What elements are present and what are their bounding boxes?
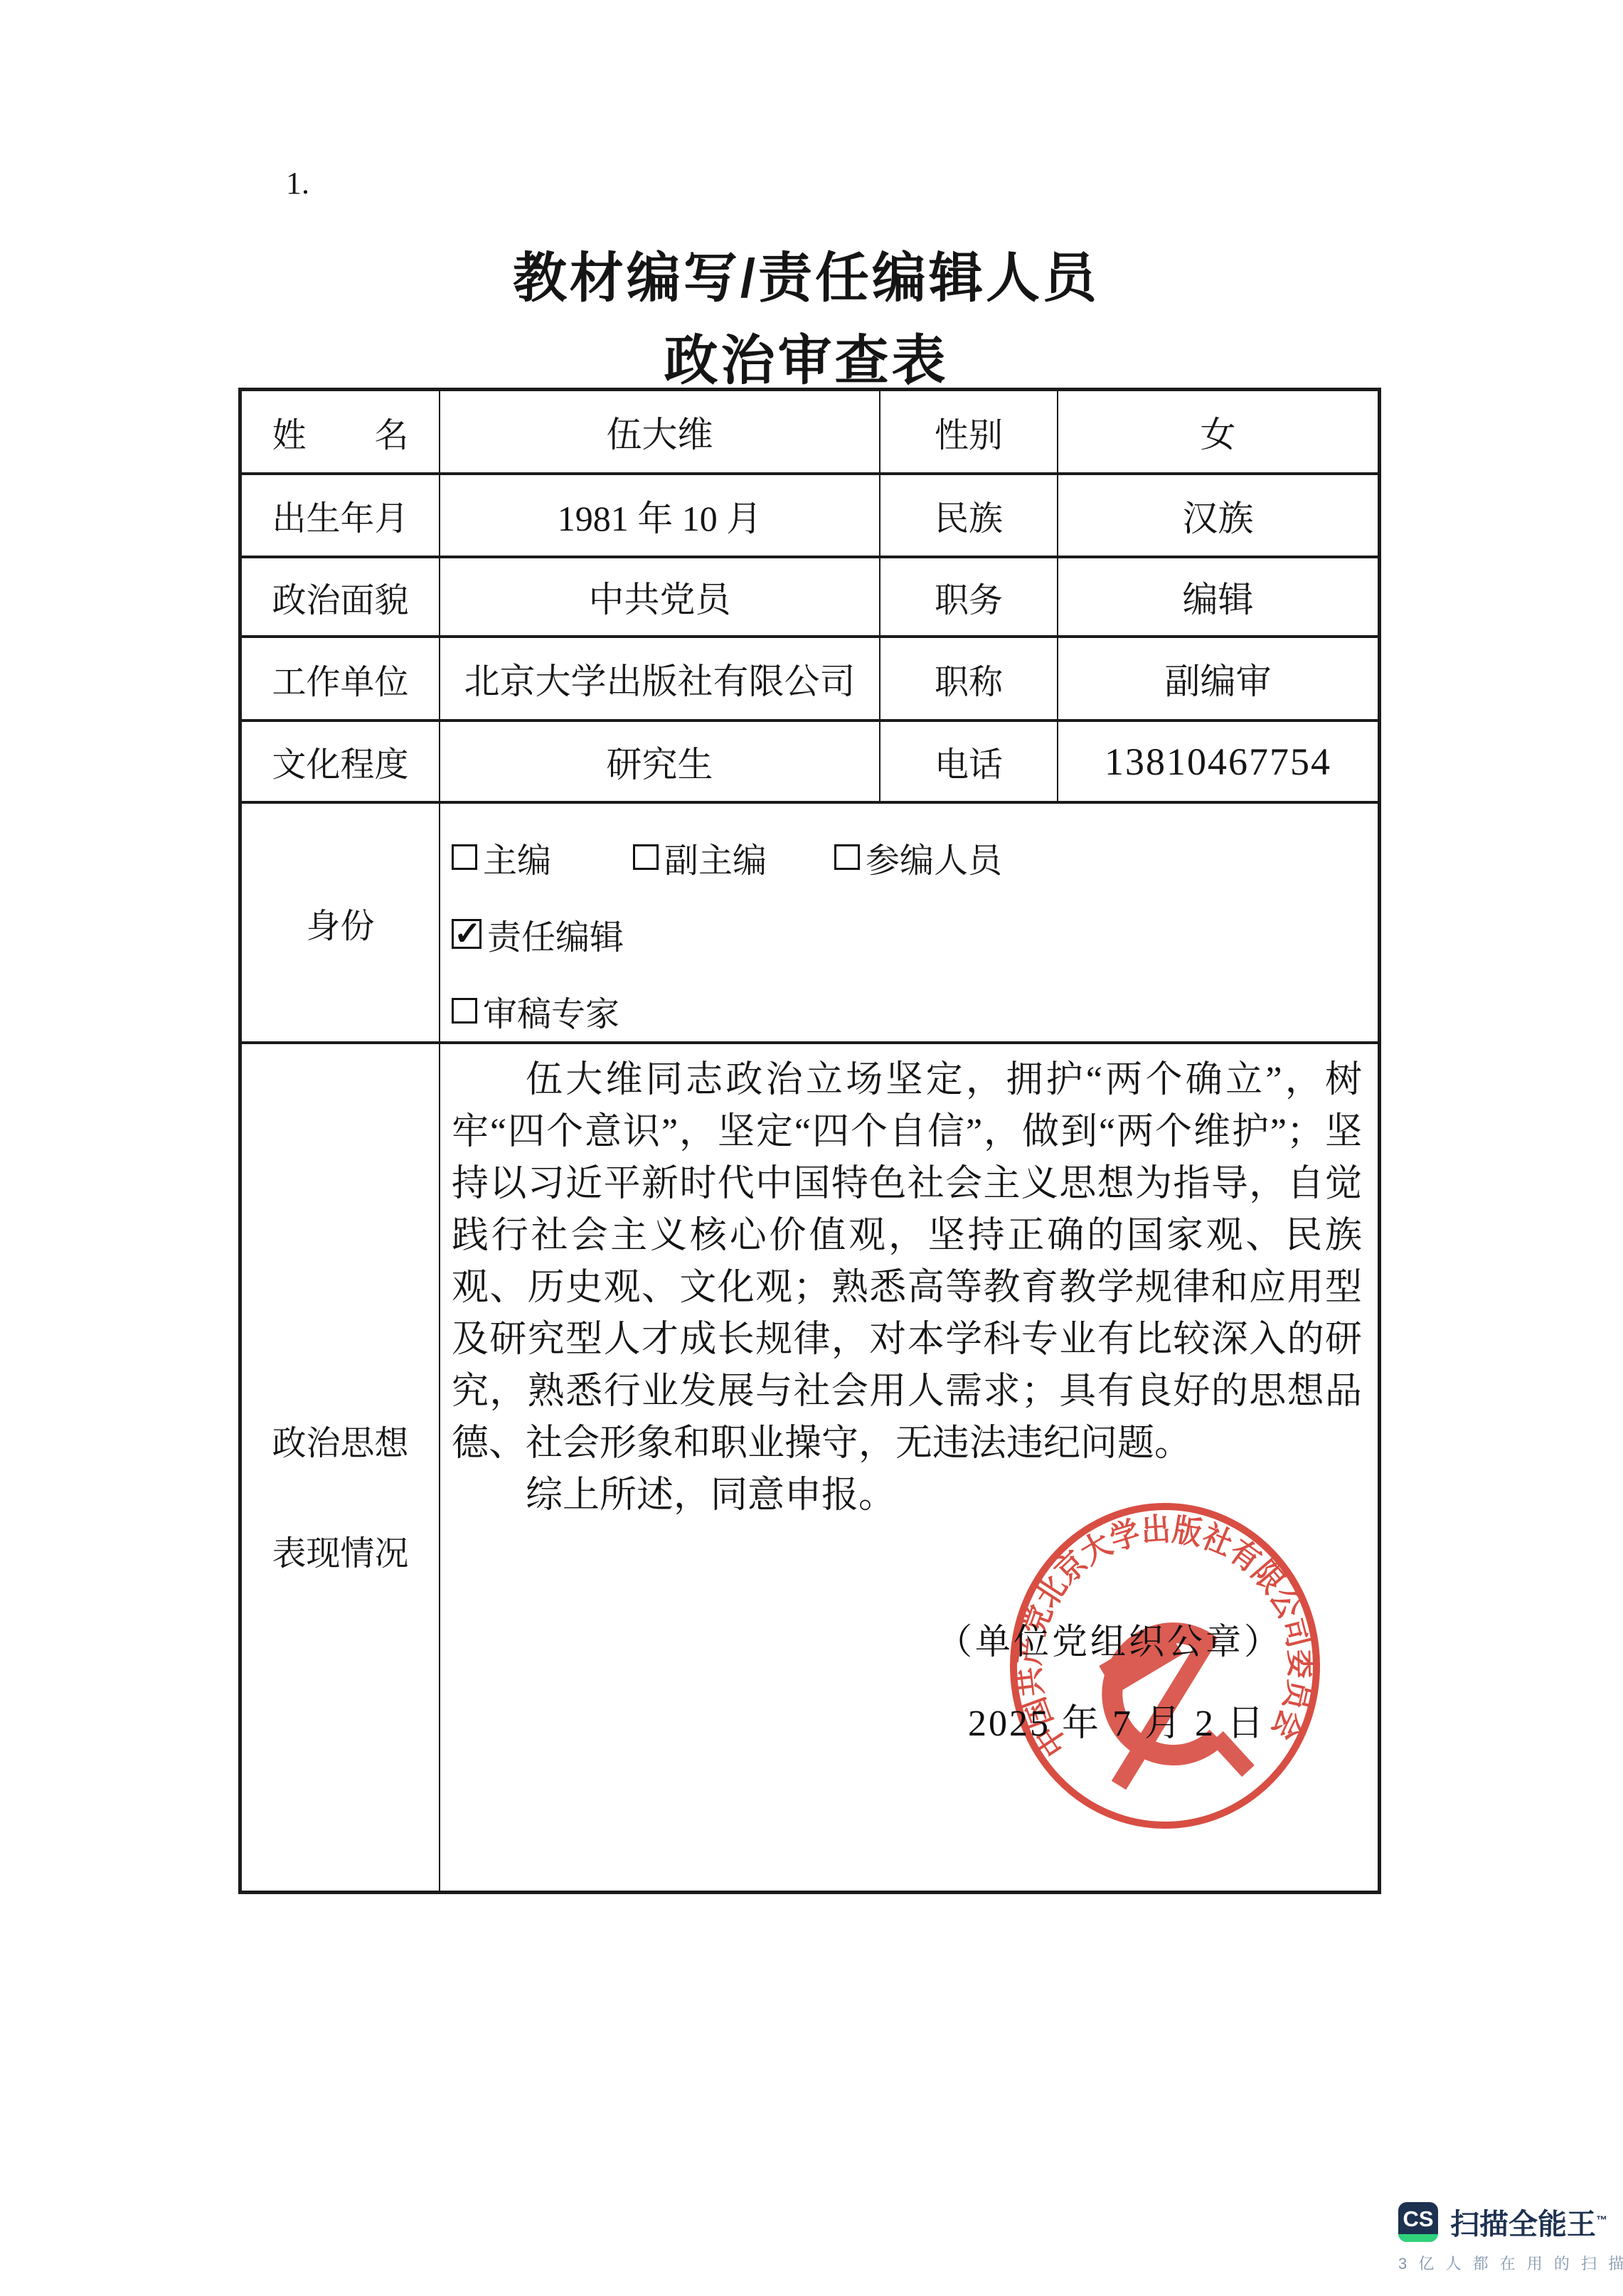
- checkbox-icon: [834, 844, 860, 870]
- field-label-gender: 性别: [880, 391, 1058, 475]
- field-value-ethnicity: 汉族: [1058, 475, 1378, 558]
- field-value-title: 副编审: [1058, 638, 1378, 722]
- option-responsible-editor: 责任编辑: [452, 910, 624, 959]
- option-review-expert: 审稿专家: [452, 987, 619, 1036]
- field-value-education: 研究生: [440, 722, 880, 804]
- identity-option-line: 责任编辑: [452, 915, 1378, 953]
- field-label-title: 职称: [880, 638, 1058, 722]
- field-label-ethnicity: 民族: [880, 475, 1058, 558]
- info-table: 姓 名 伍大维 性别 女 出生年月 1981 年 10 月 民族 汉族 政治面貌…: [238, 388, 1381, 1894]
- option-label: 审稿专家: [483, 987, 619, 1036]
- camscanner-logo-icon: CS: [1398, 2202, 1438, 2242]
- assessment-label-line2: 表现情况: [242, 1526, 439, 1575]
- option-label: 副主编: [664, 833, 767, 882]
- field-value-political-status: 中共党员: [440, 558, 880, 638]
- option-chief-editor: 主编: [452, 833, 551, 882]
- option-label: 主编: [483, 833, 551, 882]
- party-seal-stamp: 中国共产党北京大学出版社有限公司委员会: [998, 1495, 1332, 1837]
- camscanner-watermark: CS 扫描全能王™ 3 亿 人 都 在 用 的 扫 描 App: [1398, 2201, 1623, 2274]
- assessment-content: 伍大维同志政治立场坚定，拥护“两个确立”，树牢“四个意识”，坚定“四个自信”，做…: [440, 1044, 1378, 1891]
- stamp-date: 2025 年 7 月 2 日: [968, 1693, 1266, 1746]
- field-value-name: 伍大维: [440, 391, 880, 475]
- field-value-employer: 北京大学出版社有限公司: [440, 638, 880, 722]
- camscanner-app-name: 扫描全能王™: [1450, 2201, 1607, 2243]
- field-label-employer: 工作单位: [242, 638, 440, 722]
- option-contributor: 参编人员: [834, 833, 1002, 882]
- assessment-label-line1: 政治思想: [242, 1415, 439, 1465]
- field-label-name: 姓 名: [242, 391, 440, 475]
- stamp-caption: （单位党组织公章）: [937, 1613, 1282, 1664]
- identity-option-line: 审稿专家: [452, 992, 1378, 1030]
- identity-option-line: 主编 副主编 参编人员: [452, 838, 1378, 876]
- field-value-birth: 1981 年 10 月: [440, 475, 880, 558]
- field-value-phone: 13810467754: [1058, 722, 1378, 804]
- camscanner-tagline: 3 亿 人 都 在 用 的 扫 描 App: [1398, 2252, 1623, 2274]
- option-label: 参编人员: [866, 833, 1002, 882]
- field-label-phone: 电话: [880, 722, 1058, 804]
- field-label-political-status: 政治面貌: [242, 558, 440, 638]
- field-label-education: 文化程度: [242, 722, 440, 804]
- trademark-mark: ™: [1596, 2214, 1607, 2226]
- field-label-position: 职务: [880, 558, 1058, 638]
- document-title-line1: 教材编写/责任编辑人员: [238, 235, 1374, 312]
- field-value-position: 编辑: [1058, 558, 1378, 638]
- checkbox-icon: [452, 998, 477, 1024]
- field-value-gender: 女: [1058, 391, 1378, 475]
- page-number: 1.: [286, 165, 309, 201]
- field-label-assessment: 政治思想 表现情况: [242, 1044, 440, 1891]
- field-label-identity: 身份: [242, 804, 440, 1044]
- field-label-birth: 出生年月: [242, 475, 440, 558]
- logo-cs-text: CS: [1398, 2204, 1438, 2235]
- scanned-document-page: 1. 教材编写/责任编辑人员 政治审查表 姓 名 伍大维 性别 女 出生年月 1…: [0, 0, 1623, 2296]
- assessment-paragraph: 伍大维同志政治立场坚定，拥护“两个确立”，树牢“四个意识”，坚定“四个自信”，做…: [452, 1054, 1362, 1469]
- identity-options: 主编 副主编 参编人员 责任编辑: [440, 804, 1378, 1044]
- document-title-line2: 政治审查表: [238, 317, 1374, 395]
- option-deputy-editor: 副主编: [633, 833, 767, 882]
- logo-green-strip: [1398, 2234, 1438, 2242]
- option-label: 责任编辑: [487, 910, 624, 959]
- checkbox-checked-icon: [452, 919, 481, 949]
- checkbox-icon: [633, 844, 659, 870]
- checkbox-icon: [452, 844, 477, 870]
